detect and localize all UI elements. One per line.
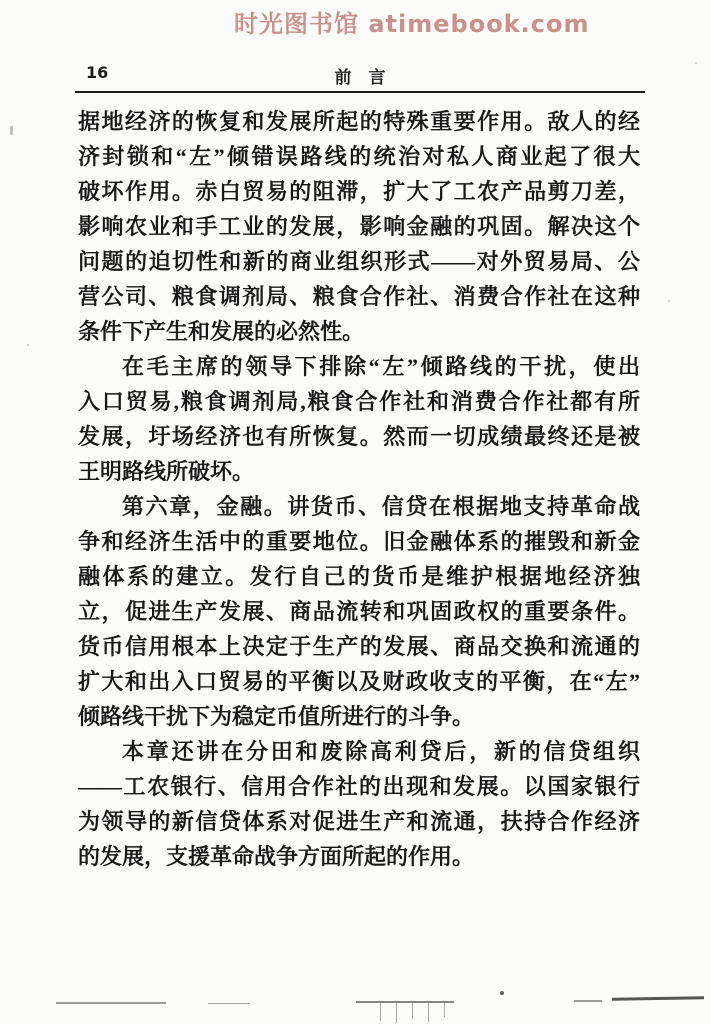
text-line: 据地经济的恢复和发展所起的特殊重要作用。敌人的经 [78, 104, 640, 139]
scan-artifact-tick [444, 1003, 445, 1017]
scan-artifact-segment [612, 996, 704, 1001]
page-header: 16 前 言 [75, 61, 645, 85]
text-line: 条件下产生和发展的必然性。 [78, 314, 640, 349]
text-line: 扩大和出入口贸易的平衡以及财政收支的平衡，在“左” [78, 664, 640, 699]
text-line: ——工农银行、信用合作社的出现和发展。以国家银行 [78, 769, 640, 804]
text-line: 影响农业和手工业的发展，影响金融的巩固。解决这个 [78, 209, 640, 244]
scan-artifact-segment [56, 1002, 166, 1004]
text-line: 发展，圩场经济也有所恢复。然而一切成绩最终还是被 [78, 419, 640, 454]
text-line: 营公司、粮食调剂局、粮食合作社、消费合作社在这种 [78, 279, 640, 314]
text-line: 本章还讲在分田和废除高利贷后，新的信贷组织 [78, 734, 640, 769]
scan-speck [668, 300, 670, 302]
text-line: 争和经济生活中的重要地位。旧金融体系的摧毁和新金 [78, 524, 640, 559]
scanned-book-page: 时光图书馆 atimebook.com 16 前 言 据地经济的恢复和发展所起的… [0, 0, 711, 1024]
body-text: 据地经济的恢复和发展所起的特殊重要作用。敌人的经 济封锁和“左”倾错误路线的统治… [78, 104, 640, 874]
scan-speck [10, 126, 13, 135]
text-line: 货币信用根本上决定于生产的发展、商品交换和流通的 [78, 629, 640, 664]
header-rule [75, 91, 645, 93]
watermark-text: 时光图书馆 atimebook.com [234, 4, 590, 39]
text-line: 的发展，支援革命战争方面所起的作用。 [78, 839, 640, 874]
scan-artifact-tick [396, 1003, 397, 1023]
text-line: 在毛主席的领导下排除“左”倾路线的干扰，使出 [78, 349, 640, 384]
text-line: 倾路线干扰下为稳定币值所进行的斗争。 [78, 699, 640, 734]
scan-artifact-segment [574, 1000, 602, 1002]
scan-speck [27, 344, 29, 346]
scan-speck [695, 62, 697, 64]
scan-artifact-tick [428, 1003, 429, 1022]
text-line: 立，促进生产发展、商品流转和巩固政权的重要条件。 [78, 594, 640, 629]
text-line: 破坏作用。赤白贸易的阻滞，扩大了工农产品剪刀差， [78, 174, 640, 209]
text-line: 入口贸易,粮食调剂局,粮食合作社和消费合作社都有所 [78, 384, 640, 419]
scan-artifact-tick [380, 1003, 381, 1021]
text-line: 王明路线所破坏。 [78, 454, 640, 489]
scan-artifact-dot [500, 991, 504, 995]
scan-artifact-tick [412, 1003, 413, 1019]
scan-artifact-segment [356, 1001, 454, 1003]
text-line: 为领导的新信贷体系对促进生产和流通，扶持合作经济 [78, 804, 640, 839]
scan-artifact-segment [208, 1003, 250, 1004]
text-line: 济封锁和“左”倾错误路线的统治对私人商业起了很大 [78, 139, 640, 174]
text-line: 第六章，金融。讲货币、信贷在根据地支持革命战 [78, 489, 640, 524]
running-title: 前 言 [75, 63, 645, 88]
text-line: 融体系的建立。发行自己的货币是维护根据地经济独 [78, 559, 640, 594]
text-line: 问题的迫切性和新的商业组织形式——对外贸易局、公 [78, 244, 640, 279]
